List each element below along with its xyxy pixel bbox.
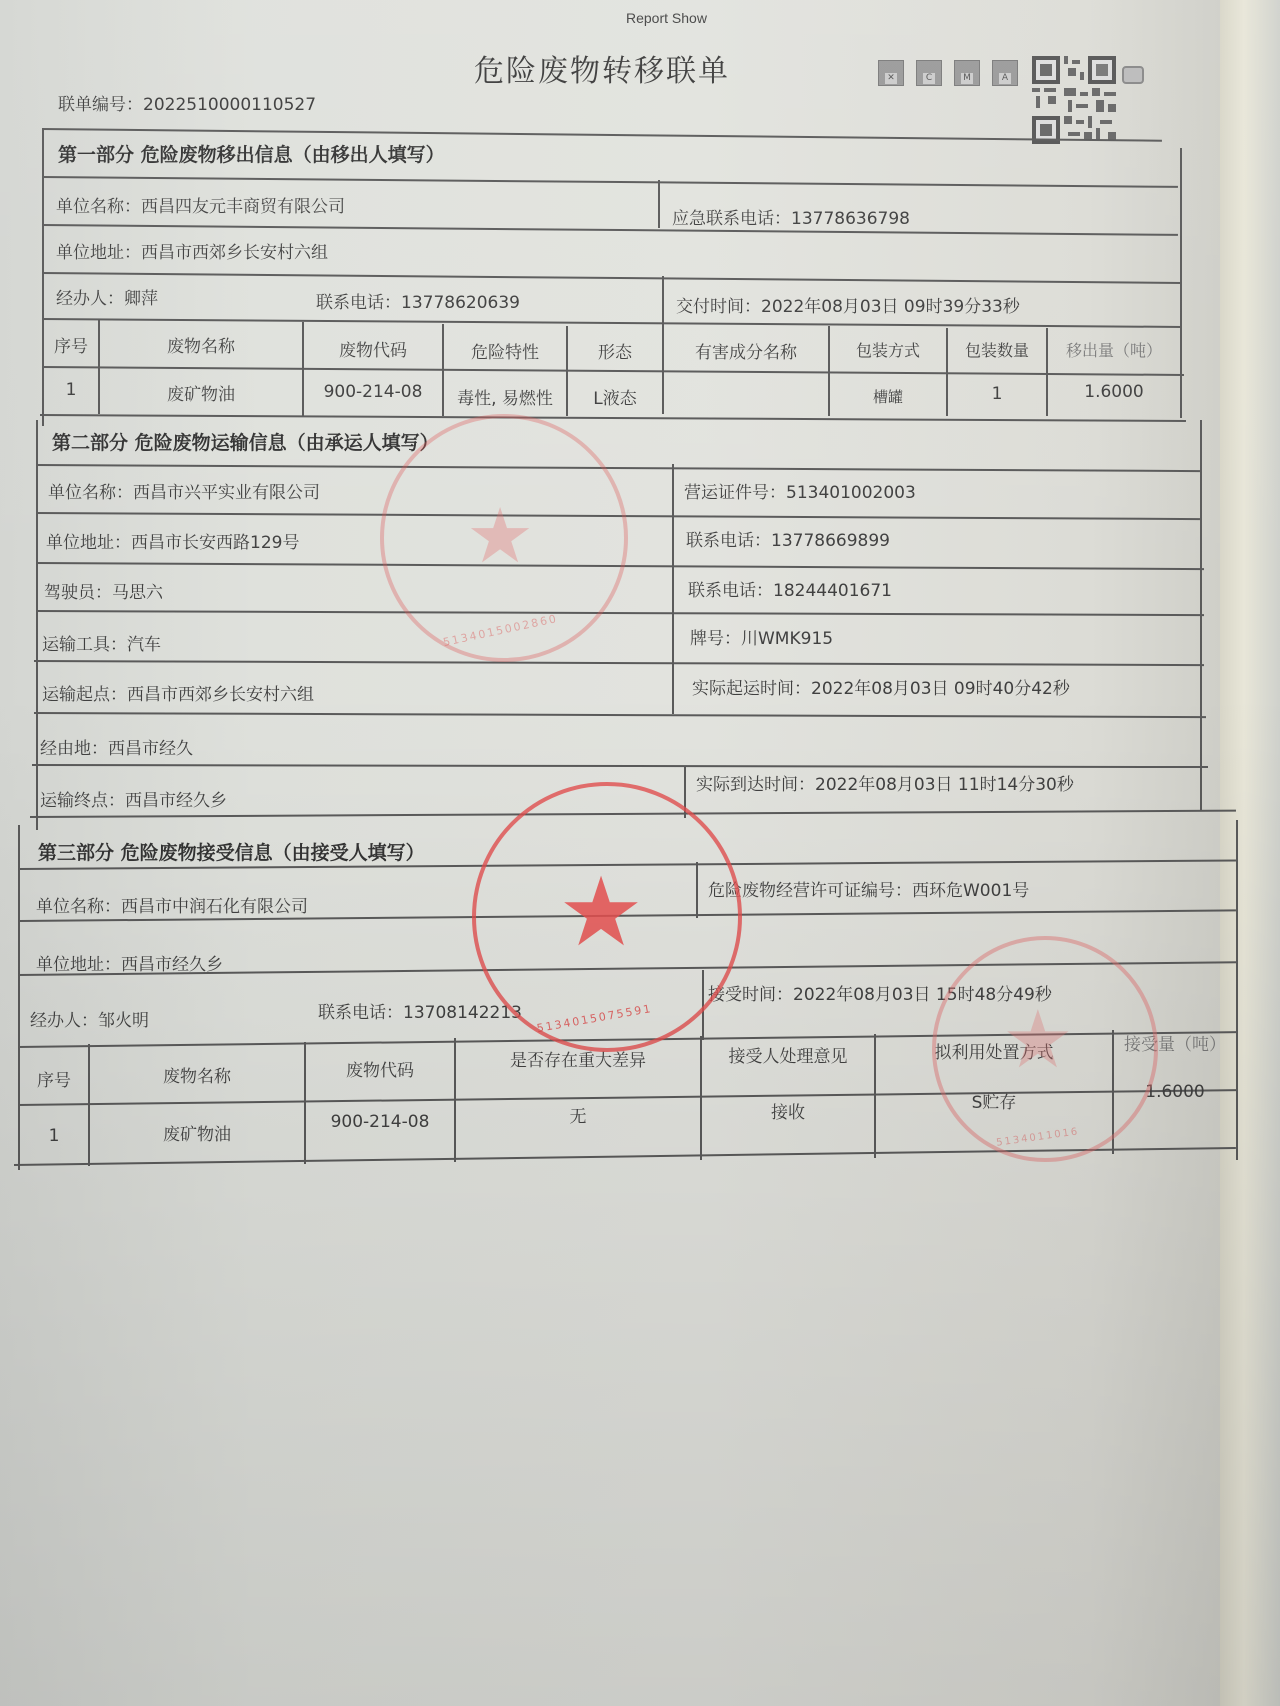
row-seq: 1 (44, 380, 98, 400)
table-header: 形态 (568, 338, 662, 363)
row-waste-name: 废矿物油 (100, 380, 302, 405)
receiver-seal-stamp: ★ 5134011016 (932, 936, 1158, 1162)
table-header: 接受人处理意见 (702, 1042, 874, 1067)
table-header: 移出量（吨） (1048, 338, 1180, 361)
table-header: 是否存在重大差异 (456, 1046, 700, 1071)
table-header: 序号 (44, 332, 98, 357)
part3-permit-no: 危险废物经营许可证编号：西环危W001号 (708, 876, 1029, 901)
part2-driver: 驾驶员：马思六 (44, 578, 163, 603)
part2-license-no: 营运证件号：513401002003 (684, 478, 916, 503)
part2-heading: 第二部分 危险废物运输信息（由承运人填写） (52, 428, 439, 455)
part2-arrival-time: 实际到达时间：2022年08月03日 11时14分30秒 (696, 770, 1074, 795)
part3-handler-phone: 联系电话：13708142213 (318, 998, 522, 1023)
row-waste-code: 900-214-08 (304, 382, 442, 402)
part1-handover-time: 交付时间：2022年08月03日 09时39分33秒 (676, 292, 1020, 317)
row-seq: 1 (20, 1126, 88, 1146)
table-header: 废物代码 (306, 1056, 454, 1081)
part2-driver-phone: 联系电话：18244401671 (688, 576, 892, 601)
part2-destination: 运输终点：西昌市经久乡 (40, 786, 227, 811)
shipper-seal-stamp: ★ 5134015075591 (472, 782, 742, 1052)
part3-heading: 第三部分 危险废物接受信息（由接受人填写） (38, 838, 425, 865)
table-header: 废物名称 (90, 1062, 304, 1087)
part2-plate: 牌号：川WMK915 (690, 624, 833, 649)
carrier-seal-stamp: ★ 5134015002860 (380, 414, 628, 662)
row-opinion: 接收 (702, 1098, 874, 1123)
part2-unit-name: 单位名称：西昌市兴平实业有限公司 (48, 478, 320, 503)
part3-unit-name: 单位名称：西昌市中润石化有限公司 (36, 892, 308, 917)
table-header: 包装数量 (948, 338, 1046, 361)
table-header: 有害成分名称 (664, 338, 828, 363)
part1-heading: 第一部分 危险废物移出信息（由移出人填写） (58, 140, 445, 167)
row-packaging: 槽罐 (830, 386, 946, 407)
part3-unit-address: 单位地址：西昌市经久乡 (36, 950, 223, 975)
row-discrepancy: 无 (456, 1102, 700, 1127)
row-package-count: 1 (948, 384, 1046, 404)
part1-handler-phone: 联系电话：13778620639 (316, 288, 520, 313)
part3-handler: 经办人：邹火明 (30, 1006, 149, 1031)
row-hazard: 毒性, 易燃性 (444, 384, 566, 409)
table-header: 危险特性 (444, 338, 566, 363)
row-waste-code: 900-214-08 (306, 1112, 454, 1132)
part2-phone: 联系电话：13778669899 (686, 526, 890, 551)
part2-via: 经由地：西昌市经久 (40, 734, 193, 759)
part1-handler: 经办人：卿萍 (56, 284, 158, 309)
part1-unit-name: 单位名称：西昌四友元丰商贸有限公司 (56, 192, 345, 217)
document-page: Report Show 危险废物转移联单 联单编号：20225100001105… (0, 0, 1280, 1706)
row-form: L液态 (568, 384, 662, 409)
row-waste-name: 废矿物油 (90, 1120, 304, 1145)
table-header: 废物名称 (100, 332, 302, 357)
part1-emergency-phone: 应急联系电话：13778636798 (672, 204, 910, 229)
table-header: 包装方式 (830, 338, 946, 361)
part2-unit-address: 单位地址：西昌市长安西路129号 (46, 528, 299, 553)
table-header: 废物代码 (304, 336, 442, 361)
table-header: 序号 (20, 1066, 88, 1091)
part2-departure-time: 实际起运时间：2022年08月03日 09时40分42秒 (692, 674, 1070, 699)
row-quantity: 1.6000 (1048, 382, 1180, 402)
part2-origin: 运输起点：西昌市西郊乡长安村六组 (42, 680, 314, 705)
part2-vehicle: 运输工具：汽车 (42, 630, 161, 655)
part1-unit-address: 单位地址：西昌市西郊乡长安村六组 (56, 238, 328, 263)
